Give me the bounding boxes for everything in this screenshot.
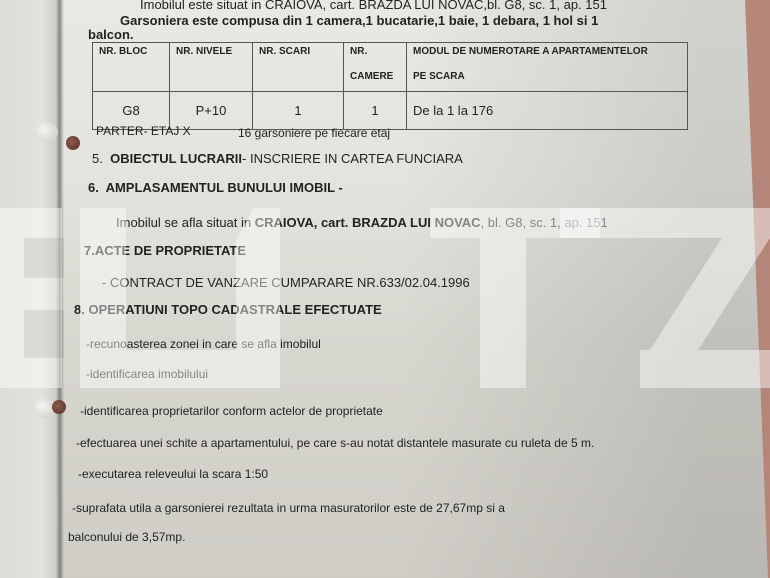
section-5-heading: 5. OBIECTUL LUCRARII- INSCRIERE IN CARTE… xyxy=(92,151,463,166)
table-cell: De la 1 la 176 xyxy=(407,92,688,130)
section-6-heading: 6. AMPLASAMENTUL BUNULUI IMOBIL - xyxy=(88,180,343,195)
table-cell: 1 xyxy=(253,92,344,130)
intro-line-3: balcon. xyxy=(88,27,134,42)
watermark-letter-t-stem xyxy=(480,238,526,388)
note-units-per-floor: 16 garsoniere pe fiecare etaj xyxy=(238,126,390,140)
intro-line-2: Garsoniera este compusa din 1 camera,1 b… xyxy=(120,13,598,28)
watermark-letter-b xyxy=(0,208,62,388)
list-item: balconului de 3,57mp. xyxy=(68,530,185,544)
building-info-table: NR. BLOC NR. NIVELE NR. SCARI NR.CAMERE … xyxy=(92,42,688,130)
list-item: -executarea releveului la scara 1:50 xyxy=(78,467,268,481)
table-cell: 1 xyxy=(344,92,407,130)
table-header-row: NR. BLOC NR. NIVELE NR. SCARI NR.CAMERE … xyxy=(93,43,688,92)
watermark-letter-z-bottom xyxy=(640,350,770,388)
watermark-letter-l-foot xyxy=(126,350,236,388)
list-item: -efectuarea unei schite a apartamentului… xyxy=(76,436,594,450)
watermark-letter-l xyxy=(80,208,126,388)
watermark-letter-b-counter xyxy=(24,310,64,358)
table-header-cell: NR.CAMERE xyxy=(344,43,407,92)
watermark-letter-z-top xyxy=(560,208,770,238)
section-7-item: - CONTRACT DE VANZARE CUMPARARE NR.633/0… xyxy=(102,275,470,290)
table-header-cell: NR. SCARI xyxy=(253,43,344,92)
table-header-cell: MODUL DE NUMEROTARE A APARTAMENTELORPE S… xyxy=(407,43,688,92)
binder-ring xyxy=(52,400,66,414)
table-header-cell: NR. BLOC xyxy=(93,43,170,92)
punch-hole xyxy=(34,122,58,142)
note-floors: PARTER- ETAJ X xyxy=(96,124,191,138)
binder-ring xyxy=(66,136,80,150)
table-header-cell: NR. NIVELE xyxy=(170,43,253,92)
watermark-letter-b-counter xyxy=(24,238,64,278)
list-item: -identificarea proprietarilor conform ac… xyxy=(80,404,383,418)
list-item: -suprafata utila a garsonierei rezultata… xyxy=(72,501,505,515)
intro-line-1: Imobilul este situat in CRAIOVA, cart. B… xyxy=(140,0,607,12)
watermark-letter-i xyxy=(236,208,280,388)
